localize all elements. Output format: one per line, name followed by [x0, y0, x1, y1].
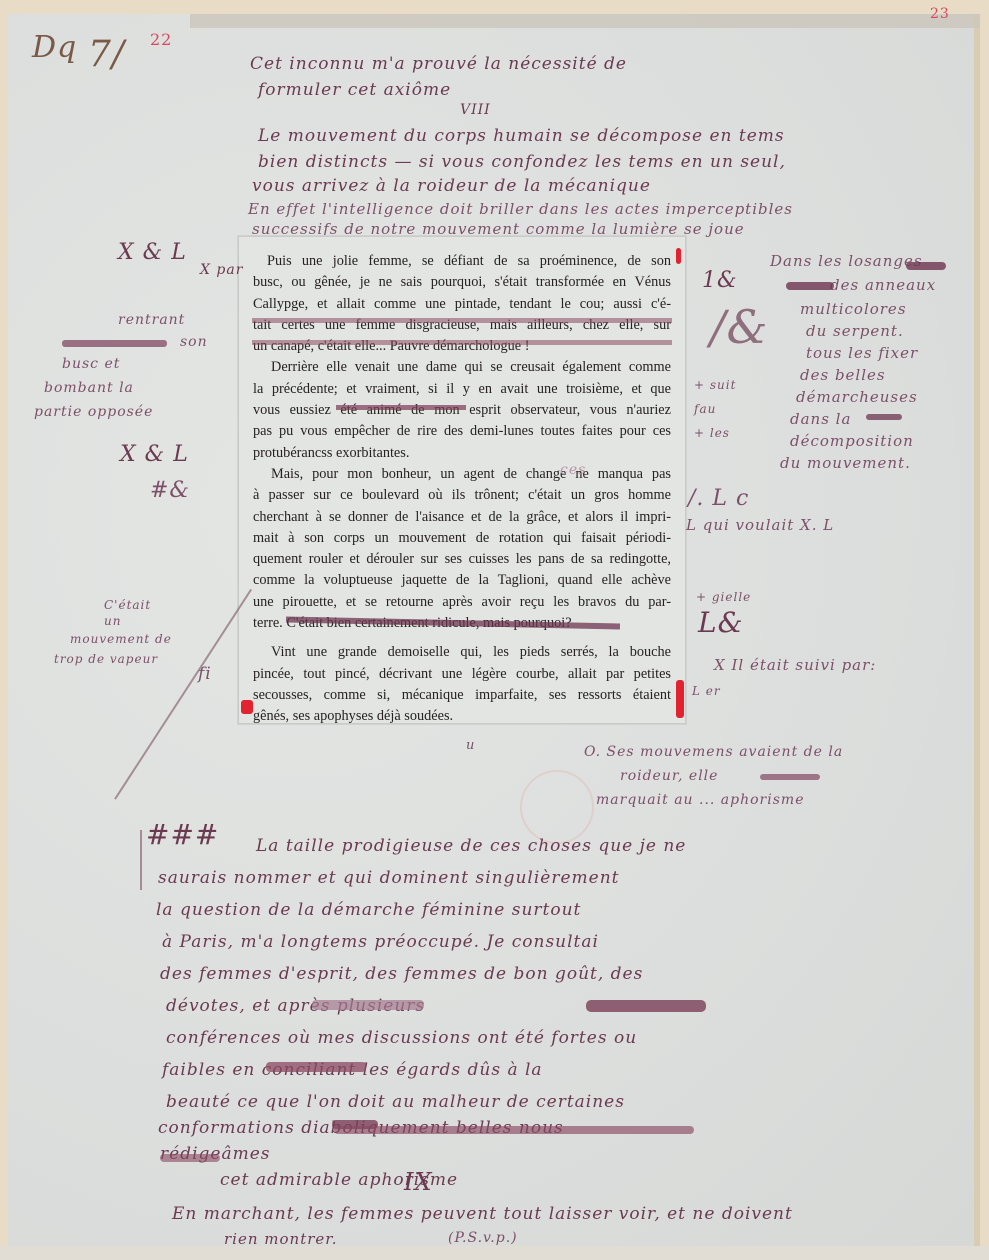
red-seal-mark: [241, 700, 253, 714]
strike-line: [252, 340, 672, 345]
axiom-line-2: bien distincts — si vous confondez les t…: [258, 152, 786, 172]
body-line: conférences où mes discussions ont été f…: [166, 1028, 637, 1048]
body-line: à Paris, m'a longtems préoccupé. Je cons…: [162, 932, 599, 952]
print-line: vous eussiez été animé de mon esprit obs…: [239, 400, 685, 421]
margin-note2-line: mouvement de: [70, 632, 172, 646]
right-note-line: du mouvement.: [780, 454, 911, 472]
strike-line: [760, 774, 820, 780]
margin-mark-hash: #&: [150, 478, 190, 503]
red-seal-mark: [676, 680, 684, 718]
final-axiom-line-2: rien montrer.: [224, 1230, 338, 1248]
strike-line: [62, 340, 167, 347]
right-side-note: + les: [694, 426, 730, 440]
header-line-1: Cet inconnu m'a prouvé la nécessité de: [250, 54, 627, 74]
clip-paragraph-3: Mais, pour mon bonheur, un agent de chan…: [239, 464, 685, 634]
paper-tape-band: [190, 14, 980, 28]
right-mark-18: 1&: [702, 268, 738, 293]
insert-line-1: En effet l'intelligence doit briller dan…: [248, 200, 793, 218]
clip-paragraph-2: Derrière elle venait une dame qui se cre…: [239, 357, 685, 463]
print-line: une pirouette, et se retourne après avoi…: [239, 592, 685, 613]
print-line: Vint une grande demoiselle qui, les pied…: [239, 642, 685, 663]
strike-line: [334, 1126, 694, 1134]
strike-line: [160, 1154, 220, 1162]
right-side-note: fau: [694, 402, 716, 416]
print-line: secousses, comme si, mécanique imparfait…: [239, 685, 685, 706]
margin-note-line: busc et: [62, 356, 120, 372]
red-page-number-left: 22: [150, 30, 172, 49]
print-line: à passer sur ce boulevard où ils trônent…: [239, 485, 685, 506]
final-axiom-line-1: En marchant, les femmes peuvent tout lai…: [172, 1204, 793, 1224]
header-line-2: formuler cet axiôme: [258, 80, 451, 100]
right-note-line: tous les fixer: [806, 344, 918, 362]
strike-line: [336, 405, 466, 410]
print-line: pas pu vous empêcher de rire des demi-lu…: [239, 421, 685, 442]
print-line: la précédente; et vraiment, si il y en a…: [239, 379, 685, 400]
clip-paragraph-4: Vint une grande demoiselle qui, les pied…: [239, 642, 685, 727]
right-note-line: multicolores: [800, 300, 907, 318]
right-mark-18-large: /&: [710, 300, 768, 354]
right-note-gielle: + gielle: [696, 590, 751, 604]
margin-note2-line: C'était: [104, 598, 151, 612]
guide-line: [140, 830, 142, 890]
axiom-number-viii: VIII: [460, 102, 491, 118]
right-side-note: + suit: [694, 378, 736, 392]
lower-note-line: marquait au ... aphorisme: [596, 792, 804, 808]
right-note-line: des belles: [800, 366, 886, 384]
lower-note-line: O. Ses mouvemens avaient de la: [584, 744, 843, 760]
print-line: pincée, tout pincé, décrivant une légère…: [239, 664, 685, 685]
margin-note-line: rentrant: [118, 312, 185, 328]
strike-line: [312, 1000, 424, 1010]
axiom-line-1: Le mouvement du corps humain se décompos…: [258, 126, 785, 146]
print-line: cherchant à se donner de l'aisance et de…: [239, 507, 685, 528]
strike-line: [252, 318, 672, 323]
margin-mark-x8l: X & L: [118, 240, 187, 265]
strike-line: [586, 1000, 706, 1012]
strike-line: [866, 414, 902, 420]
folio-number: 7/: [88, 34, 125, 75]
margin-note-line: partie opposée: [34, 404, 153, 420]
print-line: protubérancss exorbitantes.: [239, 443, 685, 464]
body-line: la question de la démarche féminine surt…: [156, 900, 581, 920]
margin-mark-x8l-2: X & L: [120, 442, 189, 467]
axiom-line-3: vous arrivez à la roideur de la mécaniqu…: [252, 176, 651, 196]
print-line: quement rouler et dérouler sur ses cuiss…: [239, 549, 685, 570]
printed-clipping: Puis une jolie femme, se défiant de sa p…: [238, 236, 686, 724]
axiom-number-ix: IX: [404, 1168, 433, 1196]
right-note-line: décomposition: [790, 432, 914, 450]
right-mark-le: L er: [692, 684, 721, 698]
print-line: mait à son corps un mouvement de rotatio…: [239, 528, 685, 549]
print-line: Puis une jolie femme, se défiant de sa p…: [239, 251, 685, 272]
print-line: Derrière elle venait une dame qui se cre…: [239, 357, 685, 378]
print-line: busc, ou gênée, je ne sais pourquoi, s'é…: [239, 272, 685, 293]
right-note-suivi: X Il était suivi par:: [714, 656, 876, 674]
strike-line: [906, 262, 946, 270]
lower-mark-u: u: [466, 738, 475, 753]
print-line: Callypge, et allait comme une pintade, t…: [239, 294, 685, 315]
print-line: Mais, pour mon bonheur, un agent de chan…: [239, 464, 685, 485]
print-line: gênés, ses apophyses déjà soudées.: [239, 706, 685, 727]
body-line: beauté ce que l'on doit au malheur de ce…: [166, 1092, 625, 1112]
margin-note-line: bombant la: [44, 380, 134, 396]
right-note-line: démarcheuses: [796, 388, 918, 406]
right-mark-lc: /. L c: [688, 486, 749, 511]
print-line: comme la voluptueuse jaquette de la Tagl…: [239, 570, 685, 591]
margin-mark-xpar: X par: [200, 262, 243, 278]
body-line: des femmes d'esprit, des femmes de bon g…: [160, 964, 643, 984]
margin-note2-line: un: [104, 614, 121, 628]
right-note-line: Dans les losanges: [770, 252, 923, 270]
signature: (P.S.v.p.): [448, 1230, 518, 1246]
body-line: La taille prodigieuse de ces choses que …: [256, 836, 686, 856]
body-line: saurais nommer et qui dominent singulièr…: [158, 868, 620, 888]
margin-note2-line: trop de vapeur: [54, 652, 158, 666]
right-note-line: des anneaux: [830, 276, 936, 294]
red-seal-mark: [676, 248, 681, 264]
margin-note-line: son: [180, 334, 208, 350]
folio-mark: Dq: [32, 30, 77, 65]
page-bottom-edge: [0, 1246, 989, 1260]
strike-line: [786, 282, 834, 290]
right-mark-l8: L&: [698, 606, 744, 639]
red-page-number-right: 23: [930, 6, 950, 22]
right-note-qui: L qui voulait X. L: [686, 516, 834, 534]
right-note-line: dans la: [790, 410, 851, 428]
strike-line: [266, 1062, 366, 1072]
library-stamp: [520, 770, 594, 844]
lower-mark-hash: ###: [146, 818, 219, 851]
lower-note-line: roideur, elle: [620, 768, 718, 784]
right-note-line: du serpent.: [806, 322, 904, 340]
interlinear-insert: ces: [560, 462, 586, 478]
